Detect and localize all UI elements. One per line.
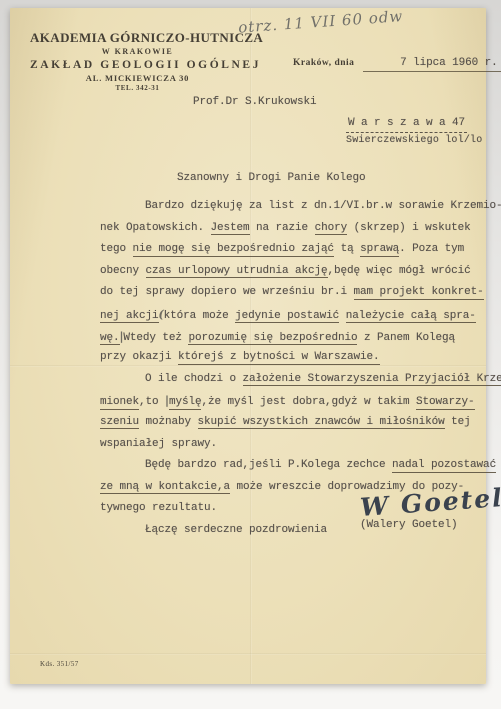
letter-line: Bardzo dziękuję za list z dn.1/VI.br.w s…: [100, 196, 482, 218]
letter-paper: AKADEMIA GÓRNICZO-HUTNICZA W KRAKOWIE ZA…: [10, 8, 486, 684]
recipient-city: W a r s z a w a 47: [346, 117, 467, 133]
letter-line: obecny czas urlopowy utrudnia akcję,będę…: [100, 261, 482, 283]
letter-line: wę.|Wtedy też porozumię się bezpośrednio…: [100, 326, 482, 348]
letter-line: do tej sprawy dopiero we wrześniu br.i m…: [100, 282, 482, 304]
handwritten-signature: W Goetel: [359, 483, 501, 522]
fold-crease-horizontal-bottom: [10, 653, 486, 655]
letterhead: AKADEMIA GÓRNICZO-HUTNICZA W KRAKOWIE ZA…: [30, 30, 245, 92]
dateline: Kraków, dnia 7 lipca 1960 r.: [293, 52, 501, 72]
print-code: Kds. 351/57: [40, 660, 79, 668]
recipient-street: Swierczewskiego lol/lo: [346, 135, 482, 146]
recipient-address: W a r s z a w a 47 Swierczewskiego lol/l…: [346, 112, 482, 146]
letterhead-org: AKADEMIA GÓRNICZO-HUTNICZA: [30, 30, 245, 46]
dateline-date: 7 lipca 1960 r.: [363, 57, 501, 72]
handwritten-received-note: otrz. 11 VII 60 odw: [238, 5, 429, 36]
typed-signature: (Walery Goetel): [360, 519, 501, 531]
letter-line: tego nie mogę się bezpośrednio zająć tą …: [100, 239, 482, 261]
salutation: Szanowny i Drogi Panie Kolego: [177, 172, 366, 184]
letter-line: przy okazji którejś z bytności w Warszaw…: [100, 347, 482, 369]
letter-line: nej akcji(która może jedynie postawić na…: [100, 304, 482, 326]
scan-background: { "document": { "letterhead": { "org": "…: [0, 0, 501, 709]
letter-line: mionek,to |myślę,że myśl jest dobra,gdyż…: [100, 390, 482, 412]
signature-block: W Goetel (Walery Goetel): [360, 488, 501, 531]
letterhead-dept: ZAKŁAD GEOLOGII OGÓLNEJ: [30, 59, 245, 71]
letter-line: szeniu możnaby skupić wszystkich znawców…: [100, 412, 482, 434]
letter-line: nek Opatowskich. Jestem na razie chory (…: [100, 218, 482, 240]
letter-line: O ile chodzi o założenie Stowarzyszenia …: [100, 369, 482, 391]
recipient-name: Prof.Dr S.Krukowski: [193, 96, 317, 108]
dateline-label: Kraków, dnia: [293, 58, 354, 68]
letter-line: Będę bardzo rad,jeśli P.Kolega zechce na…: [100, 455, 482, 477]
letterhead-phone: TEL. 342-31: [30, 84, 245, 92]
letterhead-address: AL. MICKIEWICZA 30: [30, 73, 245, 83]
letterhead-org-city: W KRAKOWIE: [30, 47, 245, 56]
letter-line: wspaniałej sprawy.: [100, 434, 482, 456]
